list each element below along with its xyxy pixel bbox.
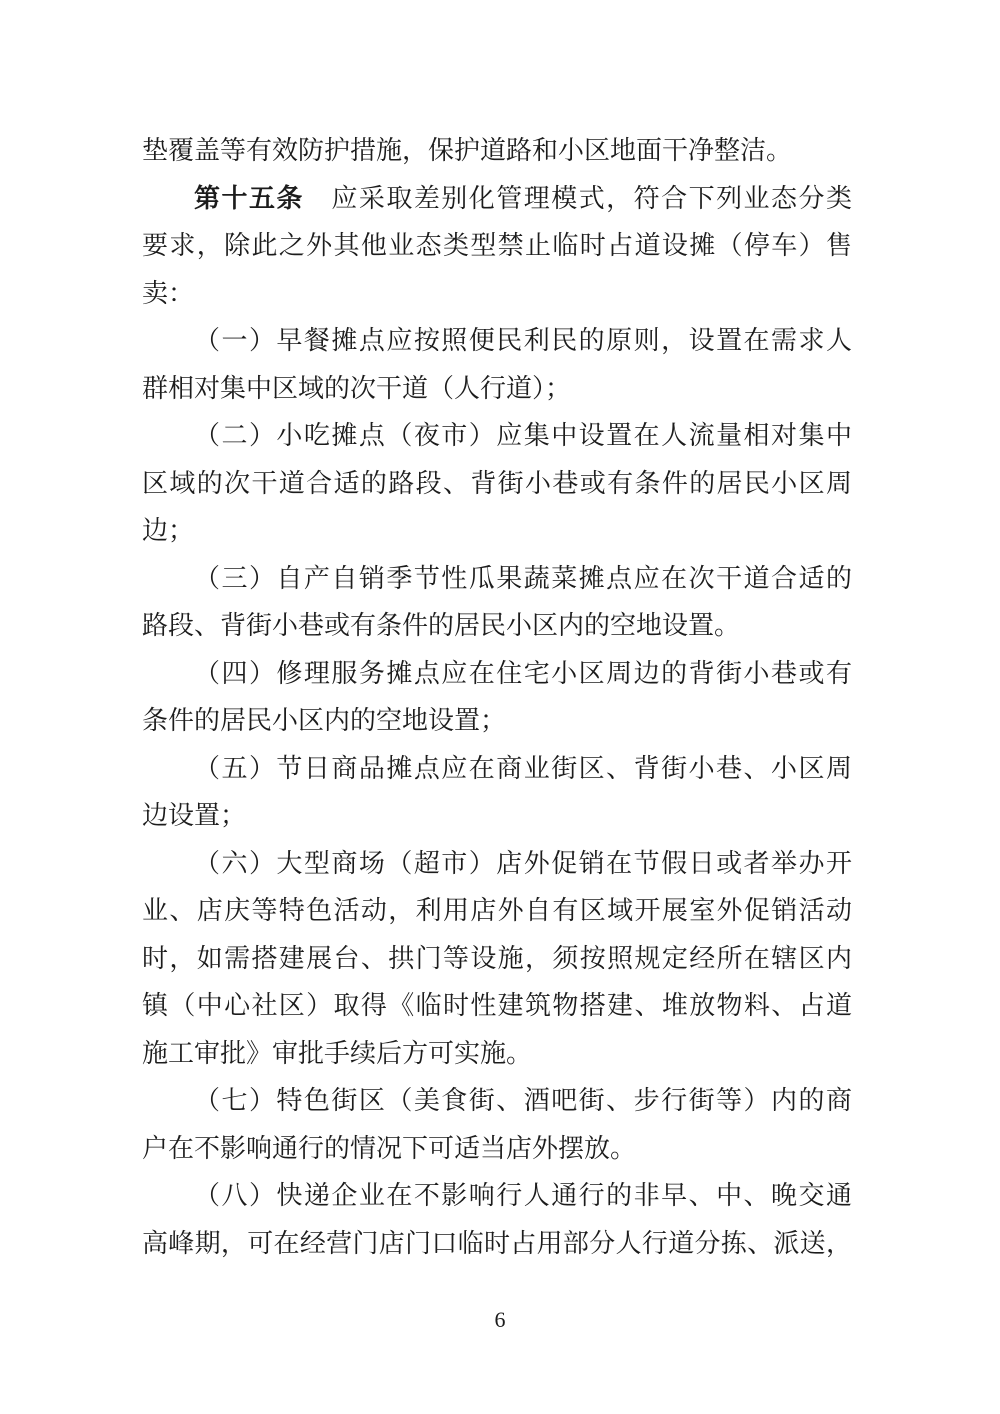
document-line: 边； bbox=[142, 507, 852, 555]
document-line: （二）小吃摊点（夜市）应集中设置在人流量相对集中 bbox=[142, 412, 852, 460]
document-line: 卖： bbox=[142, 270, 852, 318]
line-text: 边设置； bbox=[142, 801, 246, 830]
line-text: 条件的居民小区内的空地设置； bbox=[142, 706, 506, 735]
document-page: 垫覆盖等有效防护措施，保护道路和小区地面干净整洁。 第十五条 应采取差别化管理模… bbox=[0, 0, 1000, 1414]
document-line: （三）自产自销季节性瓜果蔬菜摊点应在次干道合适的 bbox=[142, 555, 852, 603]
document-line: （六）大型商场（超市）店外促销在节假日或者举办开 bbox=[142, 840, 852, 888]
document-line: 边设置； bbox=[142, 792, 852, 840]
line-text: （四）修理服务摊点应在住宅小区周边的背街小巷或有 bbox=[194, 659, 852, 688]
line-text: 施工审批》审批手续后方可实施。 bbox=[142, 1039, 532, 1068]
line-text: （三）自产自销季节性瓜果蔬菜摊点应在次干道合适的 bbox=[194, 564, 852, 593]
line-text: 区域的次干道合适的路段、背街小巷或有条件的居民小区周 bbox=[142, 469, 852, 498]
document-line: 区域的次干道合适的路段、背街小巷或有条件的居民小区周 bbox=[142, 460, 852, 508]
line-text: 时，如需搭建展台、拱门等设施，须按照规定经所在辖区内 bbox=[142, 944, 852, 973]
document-line: 第十五条 应采取差别化管理模式，符合下列业态分类 bbox=[142, 175, 852, 223]
line-text: 边； bbox=[142, 516, 194, 545]
article-number: 第十五条 bbox=[194, 184, 304, 213]
line-text: 垫覆盖等有效防护措施，保护道路和小区地面干净整洁。 bbox=[142, 136, 792, 165]
document-line: （四）修理服务摊点应在住宅小区周边的背街小巷或有 bbox=[142, 650, 852, 698]
document-line: （五）节日商品摊点应在商业街区、背街小巷、小区周 bbox=[142, 745, 852, 793]
line-text: 路段、背街小巷或有条件的居民小区内的空地设置。 bbox=[142, 611, 740, 640]
document-line: 高峰期，可在经营门店门口临时占用部分人行道分拣、派送， bbox=[142, 1220, 852, 1268]
document-line: 镇（中心社区）取得《临时性建筑物搭建、堆放物料、占道 bbox=[142, 982, 852, 1030]
document-line: 群相对集中区域的次干道（人行道）； bbox=[142, 365, 852, 413]
line-text: 镇（中心社区）取得《临时性建筑物搭建、堆放物料、占道 bbox=[142, 991, 852, 1020]
line-text: （五）节日商品摊点应在商业街区、背街小巷、小区周 bbox=[194, 754, 852, 783]
line-text: （一）早餐摊点应按照便民利民的原则，设置在需求人 bbox=[194, 326, 852, 355]
document-line: 要求，除此之外其他业态类型禁止临时占道设摊（停车）售 bbox=[142, 222, 852, 270]
line-text: （七）特色街区（美食街、酒吧街、步行街等）内的商 bbox=[194, 1086, 852, 1115]
document-line: 时，如需搭建展台、拱门等设施，须按照规定经所在辖区内 bbox=[142, 935, 852, 983]
document-line: 路段、背街小巷或有条件的居民小区内的空地设置。 bbox=[142, 602, 852, 650]
line-text: 要求，除此之外其他业态类型禁止临时占道设摊（停车）售 bbox=[142, 231, 852, 260]
line-text: 业、店庆等特色活动，利用店外自有区域开展室外促销活动 bbox=[142, 896, 852, 925]
document-line: 业、店庆等特色活动，利用店外自有区域开展室外促销活动 bbox=[142, 887, 852, 935]
page-number: 6 bbox=[0, 1305, 1000, 1335]
line-text: 高峰期，可在经营门店门口临时占用部分人行道分拣、派送， bbox=[142, 1229, 852, 1258]
line-text: 户在不影响通行的情况下可适当店外摆放。 bbox=[142, 1134, 636, 1163]
document-line: 户在不影响通行的情况下可适当店外摆放。 bbox=[142, 1125, 852, 1173]
document-line: 施工审批》审批手续后方可实施。 bbox=[142, 1030, 852, 1078]
document-line: 条件的居民小区内的空地设置； bbox=[142, 697, 852, 745]
line-text: 应采取差别化管理模式，符合下列业态分类 bbox=[304, 184, 852, 213]
line-text: （六）大型商场（超市）店外促销在节假日或者举办开 bbox=[194, 849, 852, 878]
document-line: （七）特色街区（美食街、酒吧街、步行街等）内的商 bbox=[142, 1077, 852, 1125]
line-text: （二）小吃摊点（夜市）应集中设置在人流量相对集中 bbox=[194, 421, 852, 450]
document-line: （八）快递企业在不影响行人通行的非早、中、晚交通 bbox=[142, 1172, 852, 1220]
line-text: （八）快递企业在不影响行人通行的非早、中、晚交通 bbox=[194, 1181, 852, 1210]
line-text: 卖： bbox=[142, 279, 194, 308]
document-line: 垫覆盖等有效防护措施，保护道路和小区地面干净整洁。 bbox=[142, 127, 852, 175]
document-line: （一）早餐摊点应按照便民利民的原则，设置在需求人 bbox=[142, 317, 852, 365]
line-text: 群相对集中区域的次干道（人行道）； bbox=[142, 374, 571, 403]
document-body: 垫覆盖等有效防护措施，保护道路和小区地面干净整洁。 第十五条 应采取差别化管理模… bbox=[142, 127, 852, 1267]
